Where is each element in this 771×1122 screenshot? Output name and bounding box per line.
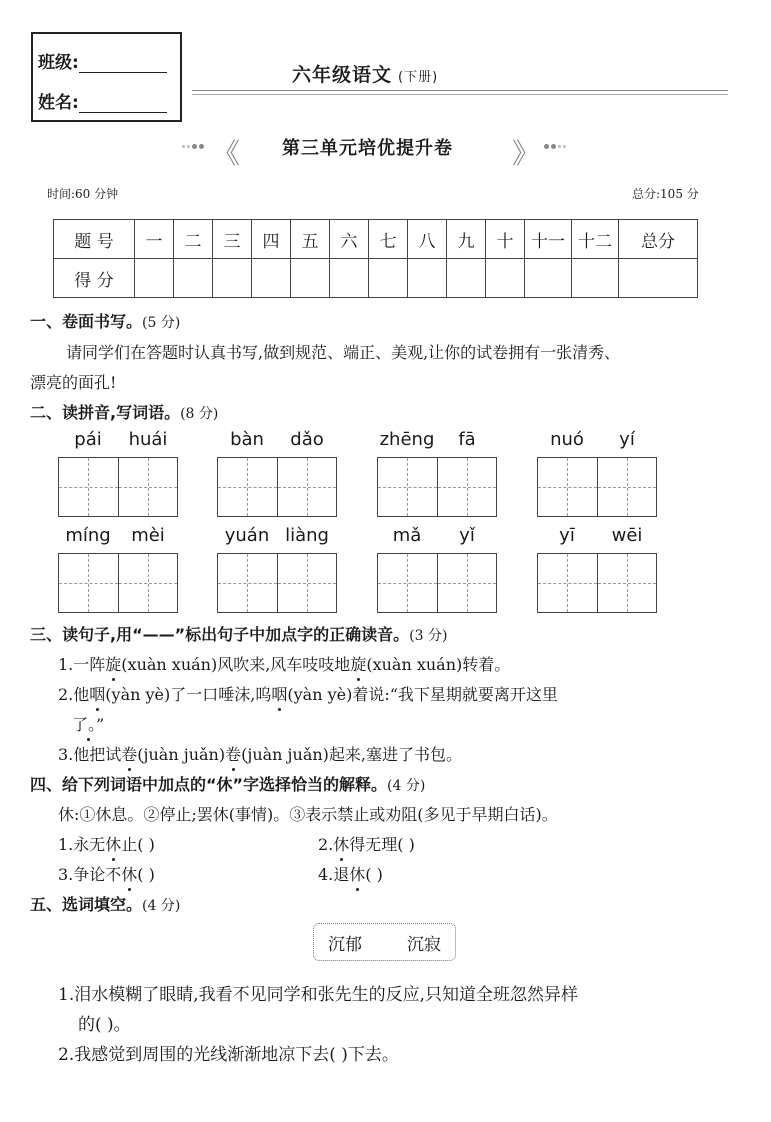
unit-title: 第三单元培优提升卷 bbox=[282, 134, 453, 160]
writing-grid[interactable] bbox=[537, 457, 657, 517]
score-cell[interactable] bbox=[447, 259, 486, 298]
section4-item-3[interactable]: 3.争论不休( ) bbox=[58, 862, 155, 885]
class-field[interactable]: 班级: bbox=[38, 48, 167, 73]
left-brace-ornament-icon: 《 bbox=[212, 132, 240, 172]
dots-ornament-icon bbox=[544, 144, 566, 149]
score-cell[interactable] bbox=[252, 259, 291, 298]
volume-label: (下册) bbox=[398, 70, 438, 85]
section1-text: 请同学们在答题时认真书写,做到规范、端正、美观,让你的试卷拥有一张清秀、 bbox=[66, 340, 620, 363]
writing-grid[interactable] bbox=[217, 457, 337, 517]
section5-heading: 五、选词填空。(4 分) bbox=[30, 892, 180, 915]
section3-q2-cont: 了。” bbox=[72, 712, 104, 735]
section3-heading: 三、读句子,用“——”标出句子中加点字的正确读音。(3 分) bbox=[30, 622, 447, 645]
score-cell[interactable] bbox=[291, 259, 330, 298]
writing-grid[interactable] bbox=[217, 553, 337, 613]
page-title: 六年级语文(下册) bbox=[292, 60, 438, 87]
section3-q1: 1.一阵旋(xuàn xuán)风吹来,风车吱吱地旋(xuàn xuán)转着。 bbox=[58, 652, 510, 675]
class-name-box: 班级: 姓名: bbox=[31, 32, 182, 122]
score-cell[interactable] bbox=[486, 259, 525, 298]
writing-grid[interactable] bbox=[377, 457, 497, 517]
class-blank[interactable] bbox=[79, 56, 167, 73]
section5-q1-answer[interactable]: 的( )。 bbox=[78, 1010, 131, 1035]
section4-item-4[interactable]: 4.退休( ) bbox=[318, 862, 383, 885]
score-cell[interactable] bbox=[525, 259, 572, 298]
section5-q1: 1.泪水模糊了眼睛,我看不见同学和张先生的反应,只知道全班忽然异样 bbox=[58, 980, 578, 1005]
question-number-row: 题 号 一 二 三 四 五 六 七 八 九 十 十一 十二 总分 bbox=[54, 220, 698, 259]
name-field[interactable]: 姓名: bbox=[38, 88, 167, 113]
score-row: 得 分 bbox=[54, 259, 698, 298]
name-blank[interactable] bbox=[79, 96, 167, 113]
score-cell[interactable] bbox=[330, 259, 369, 298]
word-option: 沉郁 bbox=[328, 930, 362, 955]
score-cell[interactable] bbox=[135, 259, 174, 298]
time-limit: 时间:60 分钟 bbox=[47, 185, 118, 202]
writing-grid[interactable] bbox=[58, 553, 178, 613]
section2-heading: 二、读拼音,写词语。(8 分) bbox=[30, 400, 218, 423]
writing-grid[interactable] bbox=[58, 457, 178, 517]
word-options-box: 沉郁 沉寂 bbox=[313, 923, 456, 961]
header-rule bbox=[192, 94, 728, 95]
definition-text: 休:①休息。②停止;罢休(事情)。③表示禁止或劝阻(多见于早期白话)。 bbox=[58, 802, 558, 825]
score-cell[interactable] bbox=[369, 259, 408, 298]
section5-q2[interactable]: 2.我感觉到周围的光线渐渐地凉下去( )下去。 bbox=[58, 1040, 399, 1065]
subtitle-banner: 《 第三单元培优提升卷 》 bbox=[182, 130, 582, 166]
section4-item-1[interactable]: 1.永无休止( ) bbox=[58, 832, 155, 855]
score-cell[interactable] bbox=[408, 259, 447, 298]
total-score-cell[interactable] bbox=[619, 259, 698, 298]
writing-grid[interactable] bbox=[537, 553, 657, 613]
header-rule bbox=[192, 90, 728, 91]
section4-heading: 四、给下列词语中加点的“休”字选择恰当的解释。(4 分) bbox=[30, 772, 425, 795]
section4-item-2[interactable]: 2.休得无理( ) bbox=[318, 832, 415, 855]
section1-text: 漂亮的面孔! bbox=[30, 370, 116, 393]
total-score: 总分:105 分 bbox=[632, 185, 699, 202]
writing-grid[interactable] bbox=[377, 553, 497, 613]
section3-q3: 3.他把试卷(juàn juǎn)卷(juàn juǎn)起来,塞进了书包。 bbox=[58, 742, 462, 765]
score-table: 题 号 一 二 三 四 五 六 七 八 九 十 十一 十二 总分 得 分 bbox=[53, 219, 698, 298]
dots-ornament-icon bbox=[182, 144, 204, 149]
right-brace-ornament-icon: 》 bbox=[512, 132, 540, 172]
score-cell[interactable] bbox=[213, 259, 252, 298]
score-cell[interactable] bbox=[174, 259, 213, 298]
score-cell[interactable] bbox=[572, 259, 619, 298]
section3-q2: 2.他咽(yàn yè)了一口唾沫,呜咽(yàn yè)着说:“我下星期就要离开… bbox=[58, 682, 558, 705]
word-option: 沉寂 bbox=[407, 930, 441, 955]
section1-heading: 一、卷面书写。(5 分) bbox=[30, 309, 180, 332]
